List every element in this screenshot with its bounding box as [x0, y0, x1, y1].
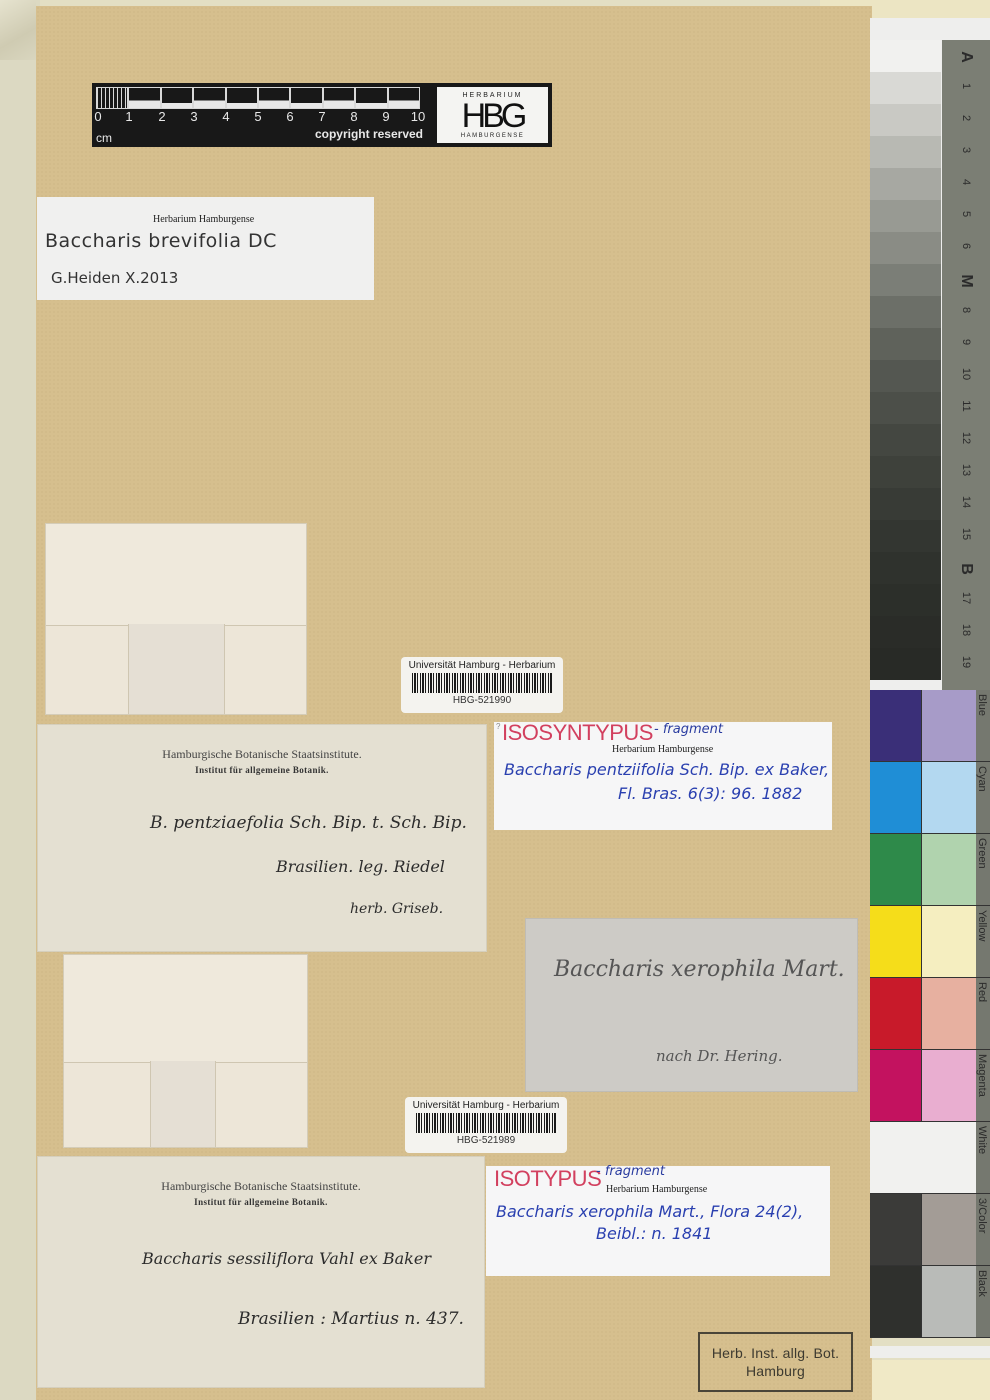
- color-patch-dark: [870, 906, 922, 977]
- handwritten-taxon: Baccharis sessiliflora Vahl ex Baker: [142, 1249, 431, 1268]
- handwritten-taxon: B. pentziaefolia Sch. Bip. t. Sch. Bip.: [150, 813, 467, 833]
- color-name: White: [976, 1122, 990, 1193]
- fragment-envelope[interactable]: [63, 954, 308, 1148]
- color-patch-light: [922, 906, 976, 977]
- handwritten-locality: Brasilien. leg. Riedel: [276, 857, 445, 876]
- grey-patch: [870, 360, 941, 392]
- barcode-label: Universität Hamburg - Herbarium HBG-5219…: [405, 1097, 567, 1153]
- color-patch-dark: [870, 762, 922, 833]
- checker-footer: [870, 1346, 990, 1358]
- grey-patch: [870, 296, 941, 328]
- ruler-tick-label: 3: [190, 109, 197, 124]
- grey-patch: [870, 616, 941, 648]
- institute-subtitle: Institut für allgemeine Botanik.: [38, 1197, 484, 1207]
- handwritten-herbarium: herb. Griseb.: [350, 901, 443, 917]
- color-patch-dark: [870, 834, 922, 905]
- type-prefix: ?: [496, 722, 500, 731]
- type-citation-line1: Baccharis xerophila Mart., Flora 24(2),: [496, 1202, 803, 1221]
- grey-patch: [870, 72, 941, 104]
- ruler-tick-label: 6: [286, 109, 293, 124]
- grey-patch: [870, 104, 941, 136]
- color-patch-dark: [870, 1050, 922, 1121]
- color-patch-light: [922, 690, 976, 761]
- barcode-id: HBG-521989: [457, 1135, 515, 1146]
- ruler-tick-label: 9: [382, 109, 389, 124]
- color-patch-light: [922, 1122, 976, 1193]
- herbarium-stamp: Herb. Inst. allg. Bot. Hamburg: [698, 1332, 853, 1392]
- ruler-tick-label: 4: [222, 109, 229, 124]
- institute-title: Hamburgische Botanische Staatsinstitute.: [38, 747, 486, 762]
- historical-label: Baccharis xerophila Mart. nach Dr. Herin…: [525, 918, 858, 1092]
- handwritten-taxon: Baccharis xerophila Mart.: [554, 957, 845, 982]
- ruler-numbers: 0 1 2 3 4 5 6 7 8 9 10: [92, 109, 437, 127]
- ruler-tick-label: 10: [411, 109, 425, 124]
- envelope-flap: [46, 524, 306, 626]
- ruler-tick-label: 1: [125, 109, 132, 124]
- stamp-line2: Hamburg: [746, 1362, 805, 1380]
- color-checker: A123456M89101112131415B171819 BlueCyanGr…: [870, 18, 990, 1348]
- background-fold: [0, 0, 36, 60]
- grey-patch: [870, 552, 941, 584]
- envelope-flap: [64, 955, 307, 1063]
- grey-patch: [870, 584, 941, 616]
- grey-patch: [870, 520, 941, 552]
- grey-patch: [870, 488, 941, 520]
- type-citation-line1: Baccharis pentziifolia Sch. Bip. ex Bake…: [504, 760, 829, 779]
- type-label: ? ISOSYNTYPUS - fragment Herbarium Hambu…: [494, 722, 832, 830]
- label-header: Herbarium Hamburgense: [606, 1184, 707, 1195]
- grey-patch: [870, 40, 941, 72]
- background-bottom: [870, 1360, 990, 1400]
- barcode-id: HBG-521990: [453, 695, 511, 706]
- grey-patch: [870, 648, 941, 680]
- type-label: ISOTYPUS - fragment Herbarium Hamburgens…: [486, 1166, 830, 1276]
- determiner: G.Heiden X.2013: [51, 269, 178, 287]
- label-header: Herbarium Hamburgense: [153, 214, 254, 225]
- color-patch-light: [922, 762, 976, 833]
- grey-scale-cells: [870, 40, 941, 680]
- barcode: [416, 1113, 556, 1133]
- color-patch-row: Magenta: [870, 1050, 990, 1122]
- grey-patch: [870, 328, 941, 360]
- ruler-unit: cm: [96, 131, 112, 145]
- logo-mark: HBG: [462, 99, 524, 133]
- grey-patch: [870, 136, 941, 168]
- background-left: [0, 0, 40, 1400]
- grey-scale-labels: A123456M89101112131415B171819: [942, 40, 990, 690]
- color-patch-row: 3/Color: [870, 1194, 990, 1266]
- color-name: Magenta: [976, 1050, 990, 1121]
- color-patch-light: [922, 1194, 976, 1265]
- institute-subtitle: Institut für allgemeine Botanik.: [38, 765, 486, 775]
- color-name: Blue: [976, 690, 990, 761]
- grey-patch: [870, 232, 941, 264]
- grey-patch: [870, 264, 941, 296]
- color-patch-light: [922, 1266, 976, 1337]
- handwritten-note: nach Dr. Hering.: [656, 1047, 782, 1065]
- type-annotation: - fragment: [596, 1164, 665, 1179]
- hbg-logo: HERBARIUM HBG HAMBURGENSE: [437, 83, 552, 147]
- barcode-label: Universität Hamburg - Herbarium HBG-5219…: [401, 657, 563, 713]
- type-citation-line2: Beibl.: n. 1841: [596, 1224, 712, 1243]
- color-name: Green: [976, 834, 990, 905]
- ruler-track: [96, 87, 420, 109]
- grey-patch: [870, 456, 941, 488]
- fragment-envelope[interactable]: [45, 523, 307, 715]
- institute-title: Hamburgische Botanische Staatsinstitute.: [38, 1179, 484, 1194]
- type-citation-line2: Fl. Bras. 6(3): 96. 1882: [618, 784, 802, 803]
- institute-label: Hamburgische Botanische Staatsinstitute.…: [37, 1156, 485, 1388]
- color-patch-dark: [870, 978, 922, 1049]
- barcode: [412, 673, 552, 693]
- logo-bottom-text: HAMBURGENSE: [461, 133, 525, 139]
- color-patch-row: White: [870, 1122, 990, 1194]
- color-patch-light: [922, 978, 976, 1049]
- grey-patch: [870, 168, 941, 200]
- color-patch-dark: [870, 1194, 922, 1265]
- scale-bar: 0 1 2 3 4 5 6 7 8 9 10 cm copyright rese…: [92, 83, 552, 147]
- color-patch-row: Green: [870, 834, 990, 906]
- color-name: Red: [976, 978, 990, 1049]
- institute-label: Hamburgische Botanische Staatsinstitute.…: [37, 724, 487, 952]
- color-patch-row: Blue: [870, 690, 990, 762]
- color-patch-row: Yellow: [870, 906, 990, 978]
- ruler-tick-label: 2: [158, 109, 165, 124]
- grey-patch-label: 19: [960, 638, 972, 686]
- grey-patch: [870, 424, 941, 456]
- determination-label: Herbarium Hamburgense Baccharis brevifol…: [37, 197, 374, 300]
- ruler-tick-label: 8: [350, 109, 357, 124]
- grey-patch: [870, 200, 941, 232]
- color-patch-light: [922, 834, 976, 905]
- color-name: Yellow: [976, 906, 990, 977]
- handwritten-collector: Brasilien : Martius n. 437.: [238, 1309, 464, 1329]
- ruler-tick-label: 7: [318, 109, 325, 124]
- color-name: Cyan: [976, 762, 990, 833]
- cm-ruler: 0 1 2 3 4 5 6 7 8 9 10 cm copyright rese…: [92, 83, 437, 147]
- color-name: 3/Color: [976, 1194, 990, 1265]
- color-patches: BlueCyanGreenYellowRedMagentaWhite3/Colo…: [870, 690, 990, 1338]
- stamp-line1: Herb. Inst. allg. Bot.: [712, 1344, 839, 1362]
- label-header: Herbarium Hamburgense: [612, 744, 713, 755]
- taxon-name: Baccharis brevifolia DC: [45, 230, 277, 252]
- grey-patch: [870, 392, 941, 424]
- color-name: Black: [976, 1266, 990, 1337]
- color-patch-row: Cyan: [870, 762, 990, 834]
- color-patch-dark: [870, 1266, 922, 1337]
- color-patch-row: Red: [870, 978, 990, 1050]
- barcode-institution: Universität Hamburg - Herbarium: [409, 660, 556, 671]
- ruler-tick-label: 5: [254, 109, 261, 124]
- color-patch-light: [922, 1050, 976, 1121]
- copyright-text: copyright reserved: [315, 127, 423, 141]
- ruler-tick-label: 0: [94, 109, 101, 124]
- envelope-panel: [128, 624, 225, 714]
- color-patch-dark: [870, 1122, 922, 1193]
- color-patch-row: Black: [870, 1266, 990, 1338]
- type-status: ISOSYNTYPUS: [502, 720, 653, 746]
- type-annotation: - fragment: [654, 722, 723, 737]
- barcode-institution: Universität Hamburg - Herbarium: [413, 1100, 560, 1111]
- color-patch-dark: [870, 690, 922, 761]
- envelope-panel: [150, 1061, 216, 1147]
- type-status: ISOTYPUS: [494, 1166, 601, 1192]
